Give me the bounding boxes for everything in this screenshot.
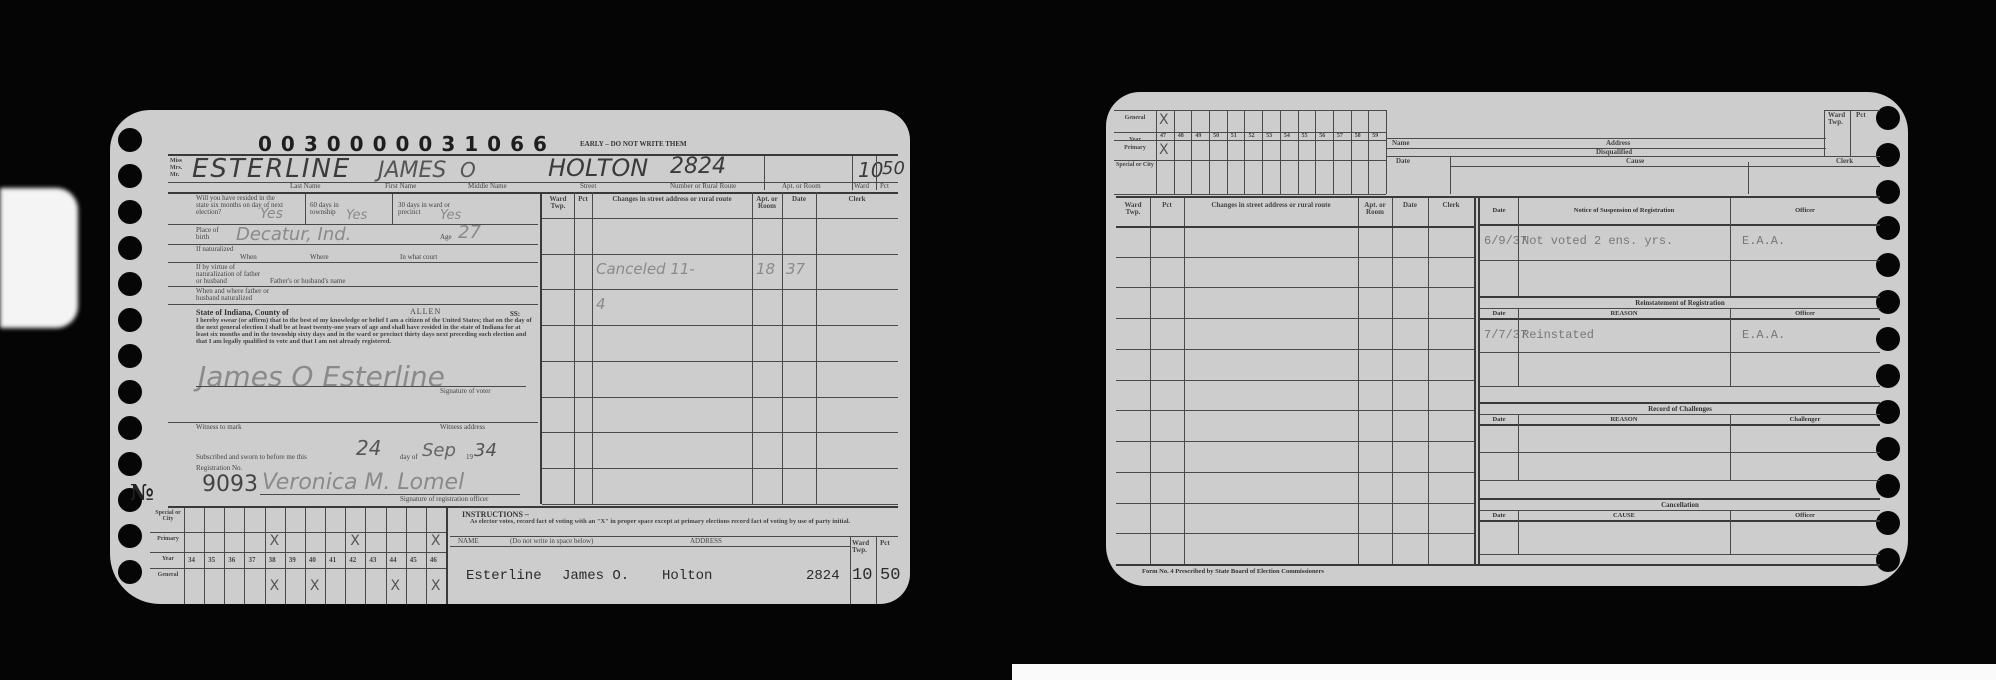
punch-hole [118, 164, 142, 188]
label-year-prefix: 19 [466, 454, 473, 461]
rule-line [1480, 402, 1880, 404]
rule-line [450, 546, 850, 547]
rule-line [1730, 308, 1731, 386]
rule-line [1116, 318, 1474, 319]
rule-line [168, 304, 538, 305]
reinstatement-title: Reinstatement of Registration [1480, 299, 1880, 307]
rule-line [1730, 198, 1731, 296]
last-name-value: ESTERLINE [192, 154, 351, 184]
grid-year: 40 [309, 557, 316, 564]
rule-line [1474, 196, 1476, 564]
salutation-miss: Miss [170, 158, 182, 164]
header-note: EARLY – DO NOT WRITE THEM [580, 140, 687, 148]
rule-line [1480, 224, 1880, 226]
rule-line [1518, 414, 1519, 480]
place-of-birth-value: Decatur, Ind. [236, 224, 351, 245]
subscribed-month: Sep [422, 440, 456, 461]
grid-row-label: Special or City [152, 510, 184, 522]
punch-hole [1876, 143, 1900, 167]
grid-year: 58 [1355, 133, 1361, 140]
rule-line [1191, 110, 1192, 194]
rule-line [782, 192, 783, 504]
label-disq-date: Date [1396, 158, 1410, 165]
rule-line [1333, 110, 1334, 194]
middle-name-value: O [460, 158, 476, 182]
suspension-cell: Not voted 2 ens. yrs. [1522, 234, 1673, 248]
label-court: In what court [400, 254, 437, 261]
rule-line [1244, 110, 1245, 194]
rule-line [542, 361, 898, 362]
label-disq-cause: Cause [1626, 158, 1644, 165]
voter-signature: James O Esterline [198, 360, 445, 393]
changes-cell: 4 [596, 295, 606, 313]
grid-row-label: Primary [1116, 145, 1154, 151]
rule-line [542, 325, 898, 326]
rule-line [816, 192, 817, 504]
rule-line [1280, 110, 1281, 194]
punch-hole [118, 380, 142, 404]
punch-hole [118, 200, 142, 224]
footer-label-ward: Ward Twp. [852, 540, 876, 554]
footer-label-name: NAME [458, 538, 479, 545]
rule-line [1358, 198, 1359, 564]
q-township-answer: Yes [346, 208, 367, 223]
rule-line [1480, 520, 1880, 522]
general-vote-mark: X [391, 578, 401, 594]
grid-year: 51 [1231, 133, 1237, 140]
rule-line [446, 508, 448, 604]
rule-line [876, 536, 877, 604]
subscribed-day: 24 [356, 436, 381, 460]
challenges-header: Date [1480, 416, 1518, 423]
label-father-name: Father's or husband's name [270, 278, 345, 285]
grid-year: 44 [390, 557, 397, 564]
grid-year: 59 [1372, 133, 1378, 140]
label-middle-name: Middle Name [468, 183, 507, 190]
rule-line [1730, 510, 1731, 554]
label-name: Name [1392, 140, 1410, 147]
footer-ward: 10 [852, 566, 872, 585]
grid-year: 34 [188, 557, 195, 564]
reinstatement-header: REASON [1518, 310, 1730, 317]
rule-line [542, 432, 898, 433]
house-number-value: 2824 [670, 154, 726, 179]
grid-year: 39 [289, 557, 296, 564]
label-ward: Ward [854, 183, 869, 190]
rule-line [1184, 198, 1185, 564]
rule-line [426, 508, 427, 604]
rule-line [1480, 386, 1880, 387]
rule-line [265, 508, 266, 604]
rule-line [1518, 308, 1519, 386]
rule-line [1480, 424, 1880, 426]
rule-line [1480, 452, 1880, 453]
footer-label-note: (Do not write in space below) [510, 538, 593, 545]
footer-street: Holton [662, 568, 712, 584]
label-disqualified: Disqualified [1596, 149, 1632, 156]
rule-line [305, 194, 306, 224]
rule-line [1850, 110, 1851, 156]
label-when: When [240, 254, 257, 261]
general-vote-mark: X [310, 578, 320, 594]
rule-line [542, 397, 898, 398]
registration-card-front: 0030000031066 EARLY – DO NOT WRITE THEM … [110, 110, 910, 604]
changes-header: Pct [1152, 202, 1182, 209]
pct-value: 50 [882, 158, 905, 179]
rule-line [204, 508, 205, 604]
general-vote-mark: X [431, 578, 441, 594]
rule-line [876, 156, 877, 190]
label-witness-mark: Witness to mark [196, 424, 242, 431]
primary-vote-mark: X [431, 533, 441, 549]
rule-line [1156, 110, 1157, 194]
changes-header: Changes in street address or rural route [1186, 202, 1356, 209]
form-footer: Form No. 4 Prescribed by State Board of … [1142, 568, 1324, 575]
punch-hole [118, 236, 142, 260]
rule-line [1209, 110, 1210, 194]
rule-line [1116, 472, 1474, 473]
cancellation-title: Cancellation [1480, 501, 1880, 509]
changes-header: Date [784, 196, 814, 203]
label-street: Street [580, 183, 596, 190]
changes-header: Clerk [1430, 202, 1472, 209]
rule-line [184, 508, 185, 604]
label-apt: Apt. or Room [782, 183, 821, 190]
first-name-value: JAMES [378, 158, 446, 183]
footer-label-pct: Pct [880, 540, 890, 547]
rule-line [1386, 110, 1387, 194]
label-naturalized: If naturalized [196, 246, 236, 253]
rule-line [1428, 198, 1429, 564]
rule-line [224, 508, 225, 604]
changes-header: Apt. or Room [754, 196, 780, 210]
punch-hole [118, 344, 142, 368]
county-value: ALLEN [410, 308, 441, 315]
rule-line [150, 552, 446, 553]
footer-last-name: Esterline [466, 568, 542, 584]
grid-year: 57 [1337, 133, 1343, 140]
grid-year: 56 [1319, 133, 1325, 140]
grid-year: 37 [248, 557, 255, 564]
footer-pct: 50 [880, 566, 900, 585]
label-virtue: If by virtue of naturalization of father… [196, 264, 266, 285]
rule-line [285, 508, 286, 604]
changes-header: Date [1394, 202, 1426, 209]
primary-vote-mark: X [1159, 142, 1169, 158]
rule-line [592, 192, 593, 504]
primary-vote-mark: X [350, 533, 360, 549]
rule-line [1114, 110, 1386, 111]
rule-line [1116, 410, 1474, 411]
label-ward-top: Ward Twp. [1828, 112, 1850, 126]
grid-row-label: Special or City [1116, 162, 1154, 168]
rule-line [542, 504, 898, 505]
rule-line [1450, 156, 1451, 194]
rule-line [852, 156, 853, 190]
footer-first-name: James O. [562, 568, 629, 584]
label-age: Age [440, 234, 452, 241]
reinstatement-cell: E.A.A. [1742, 328, 1785, 342]
rule-line [168, 224, 538, 225]
label-witness-address: Witness address [440, 424, 485, 431]
rule-line [1480, 318, 1880, 320]
rule-line [1480, 510, 1880, 511]
punch-hole [118, 128, 142, 152]
label-signature-voter: Signature of voter [440, 388, 491, 395]
changes-header: Pct [576, 196, 590, 203]
rule-line [1315, 110, 1316, 194]
cancellation-header: Date [1480, 512, 1518, 519]
rule-line [1480, 498, 1880, 500]
suspension-header: Officer [1730, 207, 1880, 214]
rule-line [1116, 564, 1880, 566]
ward-value: 10 [858, 158, 883, 182]
label-address: Address [1606, 140, 1630, 147]
rule-line [1480, 308, 1880, 309]
serial-number: 0030000031066 [258, 132, 556, 156]
registration-number: 9093 [202, 472, 258, 497]
footer-label-address: ADDRESS [690, 538, 722, 545]
grid-year: 52 [1248, 133, 1254, 140]
rule-line [150, 568, 446, 569]
changes-cell: Canceled 11- [596, 260, 695, 278]
rule-line [305, 508, 306, 604]
punch-hole [118, 272, 142, 296]
rule-line [1518, 198, 1519, 296]
grid-row-label: General [152, 572, 184, 578]
punch-hole [118, 560, 142, 584]
age-value: 27 [458, 222, 481, 243]
grid-year: 43 [369, 557, 376, 564]
suspension-header: Notice of Suspension of Registration [1518, 207, 1730, 214]
instructions-text: As elector votes, record fact of voting … [470, 518, 890, 525]
grid-year: 50 [1213, 133, 1219, 140]
changes-header: Ward Twp. [544, 196, 572, 210]
rule-line [1262, 110, 1263, 194]
grid-year: 42 [349, 557, 356, 564]
rule-line [1116, 257, 1474, 258]
rule-line [1368, 110, 1369, 194]
street-value: HOLTON [548, 154, 648, 182]
changes-cell: 37 [786, 260, 805, 278]
grid-row-label: Primary [152, 536, 184, 542]
grid-year: 35 [208, 557, 215, 564]
rule-line [1116, 226, 1474, 228]
rule-line [1351, 110, 1352, 194]
rule-line [542, 289, 898, 290]
punch-hole [118, 524, 142, 548]
rule-line [1114, 194, 1386, 195]
grid-year: 54 [1284, 133, 1290, 140]
label-disq-clerk: Clerk [1836, 158, 1853, 165]
rule-line [1480, 480, 1880, 481]
label-first-name: First Name [385, 183, 416, 190]
rule-line [1116, 503, 1474, 504]
number-symbol: № [130, 480, 154, 506]
rule-line [1480, 554, 1880, 555]
rule-line [1174, 110, 1175, 194]
general-vote-mark: X [1159, 112, 1169, 128]
rule-line [1116, 349, 1474, 350]
rule-line [542, 254, 898, 255]
rule-line [1114, 160, 1386, 161]
registration-card-back: GeneralYearPrimarySpecial or City4748495… [1106, 92, 1908, 586]
q-ward-answer: Yes [440, 208, 461, 223]
reinstatement-header: Date [1480, 310, 1518, 317]
cancellation-header: CAUSE [1518, 512, 1730, 519]
rule-line [1480, 296, 1880, 298]
rule-line [406, 508, 407, 604]
rule-line [752, 192, 753, 504]
grid-row-label: Year [152, 556, 184, 562]
rule-line [1114, 140, 1386, 141]
rule-line [1480, 414, 1880, 415]
cancellation-header: Officer [1730, 512, 1880, 519]
rule-line [850, 536, 851, 604]
grid-year: 48 [1178, 133, 1184, 140]
label-subscribed: Subscribed and sworn to before me this [196, 454, 307, 461]
rule-line [1150, 198, 1151, 564]
grid-year: 49 [1195, 133, 1201, 140]
punch-hole [118, 452, 142, 476]
reinstatement-header: Officer [1730, 310, 1880, 317]
label-registration-no: Registration No. [196, 465, 242, 472]
reinstatement-cell: Reinstated [1522, 328, 1594, 342]
rule-line [1298, 110, 1299, 194]
oath-text: I hereby swear (or affirm) that to the b… [196, 317, 534, 345]
rule-line [764, 156, 765, 190]
rule-line [1116, 380, 1474, 381]
label-place-of-birth: Place of birth [196, 227, 226, 241]
oath-state-line: State of Indiana, County of [196, 308, 289, 317]
challenges-header: REASON [1518, 416, 1730, 423]
rule-line [345, 508, 346, 604]
changes-header: Changes in street address or rural route [594, 196, 750, 203]
suspension-cell: E.A.A. [1742, 234, 1785, 248]
salutation-mr: Mr. [170, 172, 179, 178]
label-where: Where [310, 254, 329, 261]
scan-edge-white-band [1012, 664, 1996, 680]
label-last-name: Last Name [290, 183, 321, 190]
challenges-header: Challenger [1730, 416, 1880, 423]
general-vote-mark: X [270, 578, 280, 594]
changes-header: Ward Twp. [1118, 202, 1148, 216]
label-pct: Pct [880, 183, 889, 190]
grid-year: 55 [1302, 133, 1308, 140]
rule-line [1480, 352, 1880, 353]
suspension-cell: 6/9/37 [1484, 234, 1527, 248]
changes-cell: 18 [756, 260, 775, 278]
label-pct-top: Pct [1856, 112, 1866, 119]
grid-year: 47 [1160, 133, 1166, 140]
reinstatement-cell: 7/7/37 [1484, 328, 1527, 342]
grid-year: 41 [329, 557, 336, 564]
rule-line [1450, 166, 1880, 167]
label-when-where-father: When and where father or husband natural… [196, 288, 271, 302]
grid-row-label: General [1116, 115, 1154, 121]
punch-hole [118, 308, 142, 332]
rule-line [1518, 510, 1519, 554]
footer-number: 2824 [806, 568, 840, 584]
rule-line [1116, 441, 1474, 442]
rule-line [1116, 287, 1474, 288]
rule-line [1227, 110, 1228, 194]
punch-hole [118, 416, 142, 440]
grid-year: 53 [1266, 133, 1272, 140]
rule-line [574, 192, 575, 504]
scan-edge-white-tab [0, 188, 78, 328]
grid-year: 45 [410, 557, 417, 564]
rule-line [392, 194, 393, 224]
salutation-mrs: Mrs. [170, 165, 182, 171]
rule-line [1480, 260, 1880, 261]
rule-line [325, 508, 326, 604]
rule-line [244, 508, 245, 604]
changes-header: Apt. or Room [1360, 202, 1390, 216]
rule-line [542, 468, 898, 469]
rule-line [1116, 533, 1474, 534]
challenges-title: Record of Challenges [1480, 405, 1880, 413]
grid-year: 46 [430, 557, 437, 564]
rule-line [1730, 414, 1731, 480]
label-registration-officer: Signature of registration officer [400, 496, 488, 503]
grid-year: 36 [228, 557, 235, 564]
label-day-of: day of [400, 454, 418, 461]
subscribed-year: 34 [474, 440, 497, 461]
changes-header: Clerk [818, 196, 896, 203]
primary-vote-mark: X [270, 533, 280, 549]
rule-line [1392, 198, 1393, 564]
suspension-header: Date [1480, 207, 1518, 214]
q-state-answer: Yes [260, 206, 283, 222]
rule-line [542, 218, 898, 219]
label-number: Number or Rural Route [670, 183, 736, 190]
rule-line [150, 532, 446, 533]
rule-line [386, 508, 387, 604]
rule-line [1824, 110, 1825, 156]
registration-officer-signature: Veronica M. Lomel [262, 470, 464, 495]
grid-year: 38 [269, 557, 276, 564]
rule-line [365, 508, 366, 604]
